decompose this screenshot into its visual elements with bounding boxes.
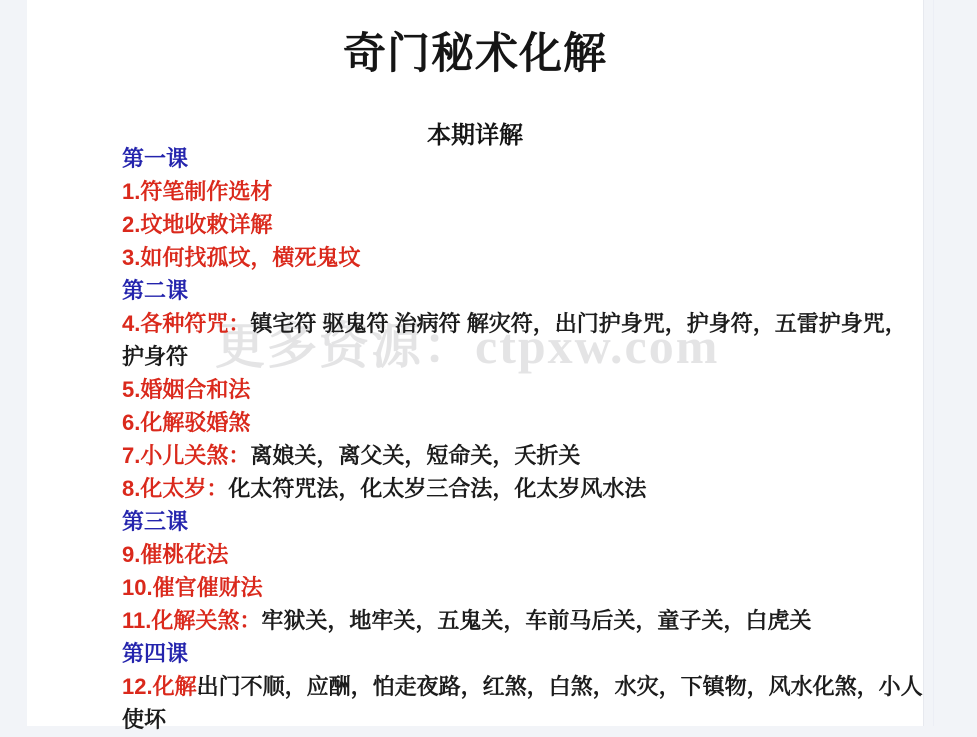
item-label: 8.化太岁： — [122, 476, 228, 501]
list-item: 3.如何找孤坟，横死鬼坟 — [122, 241, 928, 274]
list-item: 6.化解驳婚煞 — [122, 406, 928, 439]
section-heading: 第一课 — [122, 142, 928, 175]
list-item: 10.催官催财法 — [122, 571, 928, 604]
list-item: 4.各种符咒：镇宅符 驱鬼符 治病符 解灾符，出门护身咒，护身符，五雷护身咒，护… — [122, 307, 928, 373]
list-item: 7.小儿关煞：离娘关，离父关，短命关，夭折关 — [122, 439, 928, 472]
item-detail: 化太符咒法，化太岁三合法，化太岁风水法 — [228, 476, 646, 501]
list-item: 11.化解关煞：牢狱关，地牢关，五鬼关，车前马后关，童子关，白虎关 — [122, 604, 928, 637]
item-label: 2.坟地收敕详解 — [122, 212, 272, 237]
document-page: 更多资源：ctpxw.com 奇门秘术化解 本期详解 第一课1.符笔制作选材2.… — [27, 0, 924, 726]
item-label: 10.催官催财法 — [122, 575, 263, 600]
item-detail: 离娘关，离父关，短命关，夭折关 — [250, 443, 580, 468]
list-item: 5.婚姻合和法 — [122, 373, 928, 406]
item-label: 3.如何找孤坟，横死鬼坟 — [122, 245, 360, 270]
list-item: 8.化太岁：化太符咒法，化太岁三合法，化太岁风水法 — [122, 472, 928, 505]
list-item: 9.催桃花法 — [122, 538, 928, 571]
section-heading: 第四课 — [122, 637, 928, 670]
content-lines: 第一课1.符笔制作选材2.坟地收敕详解3.如何找孤坟，横死鬼坟第二课4.各种符咒… — [122, 142, 928, 736]
item-label: 5.婚姻合和法 — [122, 377, 250, 402]
item-label: 11.化解关煞： — [122, 608, 261, 633]
item-label: 12.化解 — [122, 674, 197, 699]
list-item: 1.符笔制作选材 — [122, 175, 928, 208]
item-detail: 牢狱关，地牢关，五鬼关，车前马后关，童子关，白虎关 — [261, 608, 811, 633]
item-label: 7.小儿关煞： — [122, 443, 250, 468]
item-label: 9.催桃花法 — [122, 542, 228, 567]
section-heading: 第二课 — [122, 274, 928, 307]
list-item: 2.坟地收敕详解 — [122, 208, 928, 241]
page-edge-divider — [933, 0, 934, 726]
item-label: 1.符笔制作选材 — [122, 179, 272, 204]
item-label: 4.各种符咒： — [122, 311, 250, 336]
page-title: 奇门秘术化解 — [27, 0, 923, 81]
item-label: 6.化解驳婚煞 — [122, 410, 250, 435]
item-detail: 出门不顺，应酬，怕走夜路，红煞，白煞，水灾，下镇物，风水化煞，小人使坏 — [122, 674, 923, 732]
section-heading: 第三课 — [122, 505, 928, 538]
list-item: 12.化解出门不顺，应酬，怕走夜路，红煞，白煞，水灾，下镇物，风水化煞，小人使坏 — [122, 670, 928, 736]
